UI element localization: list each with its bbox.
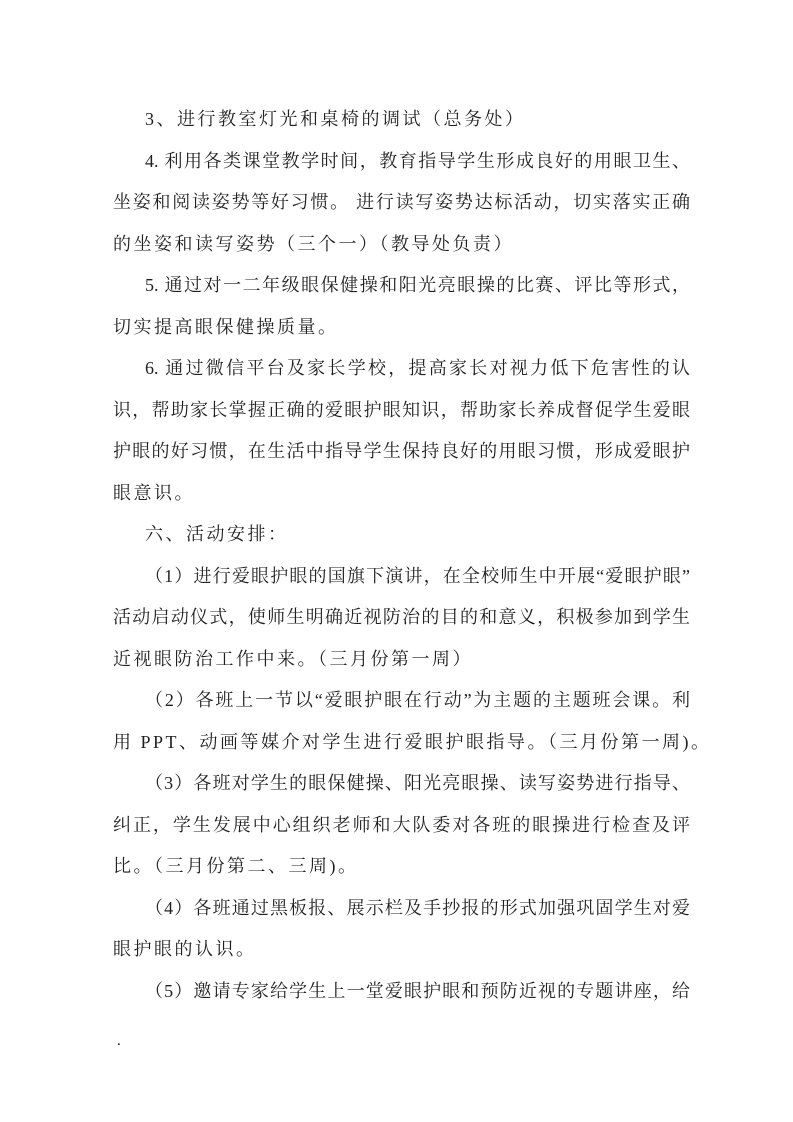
- doc-line: 护眼的好习惯，在生活中指导学生保持良好的用眼习惯，形成爱眼护: [113, 431, 690, 473]
- doc-line: （5）邀请专家给学生上一堂爱眼护眼和预防近视的专题讲座，给: [113, 971, 690, 1013]
- stray-period-mark: .: [117, 1034, 121, 1049]
- document-page: 3、进行教室灯光和桌椅的调试（总务处） 4. 利用各类课堂教学时间，教育指导学生…: [0, 0, 793, 1122]
- doc-line: 纠正，学生发展中心组织老师和大队委对各班的眼操进行检查及评: [113, 805, 690, 847]
- doc-line: （4）各班通过黑板报、展示栏及手抄报的形式加强巩固学生对爱: [113, 888, 690, 930]
- doc-heading-line: 六、活动安排：: [113, 514, 690, 556]
- doc-line: 活动启动仪式，使师生明确近视防治的目的和意义，积极参加到学生: [113, 597, 690, 639]
- doc-line: 3、进行教室灯光和桌椅的调试（总务处）: [113, 99, 690, 141]
- doc-line: 4. 利用各类课堂教学时间，教育指导学生形成良好的用眼卫生、: [113, 141, 690, 183]
- doc-line: 比。（三月份第二、三周)。: [113, 846, 690, 888]
- doc-line: 5. 通过对一二年级眼保健操和阳光亮眼操的比赛、评比等形式，: [113, 265, 690, 307]
- doc-line: 眼护眼的认识。: [113, 929, 690, 971]
- doc-line: （3）各班对学生的眼保健操、阳光亮眼操、读写姿势进行指导、: [113, 763, 690, 805]
- doc-line: 6. 通过微信平台及家长学校，提高家长对视力低下危害性的认: [113, 348, 690, 390]
- doc-line: 眼意识。: [113, 473, 690, 515]
- document-text-block: 3、进行教室灯光和桌椅的调试（总务处） 4. 利用各类课堂教学时间，教育指导学生…: [113, 99, 690, 1012]
- doc-line: （1）进行爱眼护眼的国旗下演讲，在全校师生中开展“爱眼护眼”: [113, 556, 690, 598]
- doc-line: 切实提高眼保健操质量。: [113, 307, 690, 349]
- doc-line: 的坐姿和读写姿势（三个一）（教导处负责）: [113, 224, 690, 266]
- doc-line: 用 PPT、动画等媒介对学生进行爱眼护眼指导。（三月份第一周)。: [113, 722, 690, 764]
- doc-line: 近视眼防治工作中来。（三月份第一周）: [113, 639, 690, 681]
- doc-line: （2）各班上一节以“爱眼护眼在行动”为主题的主题班会课。利: [113, 680, 690, 722]
- doc-line: 坐姿和阅读姿势等好习惯。 进行读写姿势达标活动，切实落实正确: [113, 182, 690, 224]
- doc-line: 识，帮助家长掌握正确的爱眼护眼知识，帮助家长养成督促学生爱眼: [113, 390, 690, 432]
